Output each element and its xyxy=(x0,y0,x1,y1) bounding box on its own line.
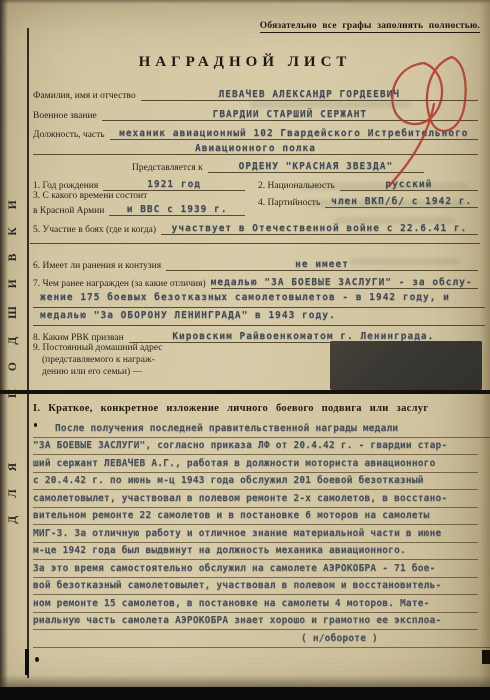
field-rank-value: ГВАРДИИ СТАРШИЙ СЕРЖАНТ xyxy=(102,109,478,121)
body-line-continued-note: ( н/обороте ) xyxy=(33,631,490,648)
item-address-label-line3: дению или его семьи) — xyxy=(42,367,142,377)
binding-margin-text: ДЛЯ ПОДШИВКИ xyxy=(7,153,25,553)
item-birth-label: 1. Год рождения xyxy=(33,181,103,191)
item-birth-year: 1. Год рождения 1921 год xyxy=(33,176,245,191)
field-position-label: Должность, часть xyxy=(33,130,110,140)
ink-speck xyxy=(34,423,37,427)
field-award-label: Представляется к xyxy=(132,163,208,173)
body-line: вой безотказный самолетовылет, участвова… xyxy=(33,578,478,595)
paper-bottom-shadow xyxy=(0,675,490,687)
body-line: риальную часть самолета АЭРОКОБРА знает … xyxy=(33,613,478,630)
body-line: ном ремонте 15 самолетов, в постановке н… xyxy=(33,596,478,613)
item-wounds-label: 6. Имеет ли ранения и контузия xyxy=(33,261,166,271)
item-prior-awards-label: 7. Чем ранее награжден (за какие отличия… xyxy=(33,279,211,289)
address-redaction-box xyxy=(330,341,482,390)
body-line: МИГ-3. За отличную работу и отличное зна… xyxy=(33,526,478,543)
item-nationality-value: русский xyxy=(340,179,478,191)
field-position: Должность, часть механик авиационный 102… xyxy=(33,125,478,140)
item-prior-awards-value2: жение 175 боевых безотказных самолетовыл… xyxy=(33,292,485,308)
body-line: м-це 1942 года был выдвинут на должность… xyxy=(33,543,478,560)
body-line: После получения последней правительствен… xyxy=(33,421,490,438)
field-rank-label: Военное звание xyxy=(33,111,102,121)
field-award: Представляется к ОРДЕНУ "КРАСНАЯ ЗВЕЗДА" xyxy=(132,158,424,173)
body-line: самолетовылет, участвовал в полевом ремо… xyxy=(33,491,478,508)
item-service-label-line2: в Красной Армии xyxy=(33,206,109,216)
body-line: За это время самостоятельно обслужил на … xyxy=(33,561,478,578)
margin-rule-foot xyxy=(25,649,29,675)
document-scan: ДЛЯ ПОДШИВКИ Обязательно все графы запол… xyxy=(0,0,490,700)
page-title: НАГРАДНОЙ ЛИСТ xyxy=(0,54,490,71)
field-award-value: ОРДЕНУ "КРАСНАЯ ЗВЕЗДА" xyxy=(208,161,424,173)
body-line: ший сержант ЛЕВАЧЕВ А.Г., работая в долж… xyxy=(33,456,478,473)
body-line: с 20.4.42 г. по июнь м-ц 1943 года обслу… xyxy=(33,473,478,490)
item-nationality: 2. Национальность русский xyxy=(258,176,478,191)
field-name: Фамилия, имя и отчество ЛЕВАЧЕВ АЛЕКСАНД… xyxy=(33,86,478,101)
scan-edge-notch xyxy=(482,650,490,664)
item-service: в Красной Армии и ВВС с 1939 г. xyxy=(33,201,245,216)
field-rank: Военное звание ГВАРДИИ СТАРШИЙ СЕРЖАНТ xyxy=(33,106,478,121)
field-position-value: механик авиационный 102 Гвардейского Ист… xyxy=(110,128,478,140)
item-prior-awards-value1: медалью "ЗА БОЕВЫЕ ЗАСЛУГИ" - за обслу- xyxy=(211,277,478,289)
item-wounds: 6. Имеет ли ранения и контузия не имеет xyxy=(33,256,478,271)
margin-rule-line xyxy=(27,28,29,678)
item-prior-awards-value3: медалью "За ОБОРОНУ ЛЕНИНГРАДА" в 1943 г… xyxy=(33,310,485,326)
hole-punch-dot xyxy=(35,657,39,662)
item-service-label-line1: 3. С какого времени состоит xyxy=(33,191,147,201)
item-birth-value: 1921 год xyxy=(103,179,245,191)
item-wounds-value: не имеет xyxy=(166,259,478,271)
item-address-label-line1: 9. Постоянный домашний адрес xyxy=(33,343,163,353)
fill-all-fields-note: Обязательно все графы заполнять полность… xyxy=(260,21,480,33)
item-rvk-label: 8. Каким РВК призван xyxy=(33,333,129,343)
item-party: 4. Партийность член ВКП/б/ с 1942 г. xyxy=(258,193,478,208)
award-sheet-page: ДЛЯ ПОДШИВКИ Обязательно все графы запол… xyxy=(0,0,490,687)
field-name-label: Фамилия, имя и отчество xyxy=(33,91,141,101)
section-divider xyxy=(0,390,490,394)
item-address-label-line2: (представляемого к награж- xyxy=(42,355,155,365)
item-party-value: член ВКП/б/ с 1942 г. xyxy=(325,196,478,208)
body-line: "ЗА БОЕВЫЕ ЗАСЛУГИ", согласно приказа ЛФ… xyxy=(33,438,478,455)
scan-edge-top xyxy=(0,0,490,4)
item-service-value: и ВВС с 1939 г. xyxy=(109,204,245,216)
item-nationality-label: 2. Национальность xyxy=(258,181,340,191)
item-party-label: 4. Партийность xyxy=(258,198,325,208)
field-position-value2: Авиационного полка xyxy=(33,143,478,155)
blank-rule-line xyxy=(30,228,480,244)
body-line: вительном ремонте 22 самолетов и в поста… xyxy=(33,508,478,525)
field-position-line2: Авиационного полка xyxy=(33,140,478,155)
field-name-value: ЛЕВАЧЕВ АЛЕКСАНДР ГОРДЕЕВИЧ xyxy=(141,89,478,101)
item-prior-awards: 7. Чем ранее награжден (за какие отличия… xyxy=(33,274,478,289)
section1-heading: I. Краткое, конкретное изложение личного… xyxy=(33,403,483,414)
